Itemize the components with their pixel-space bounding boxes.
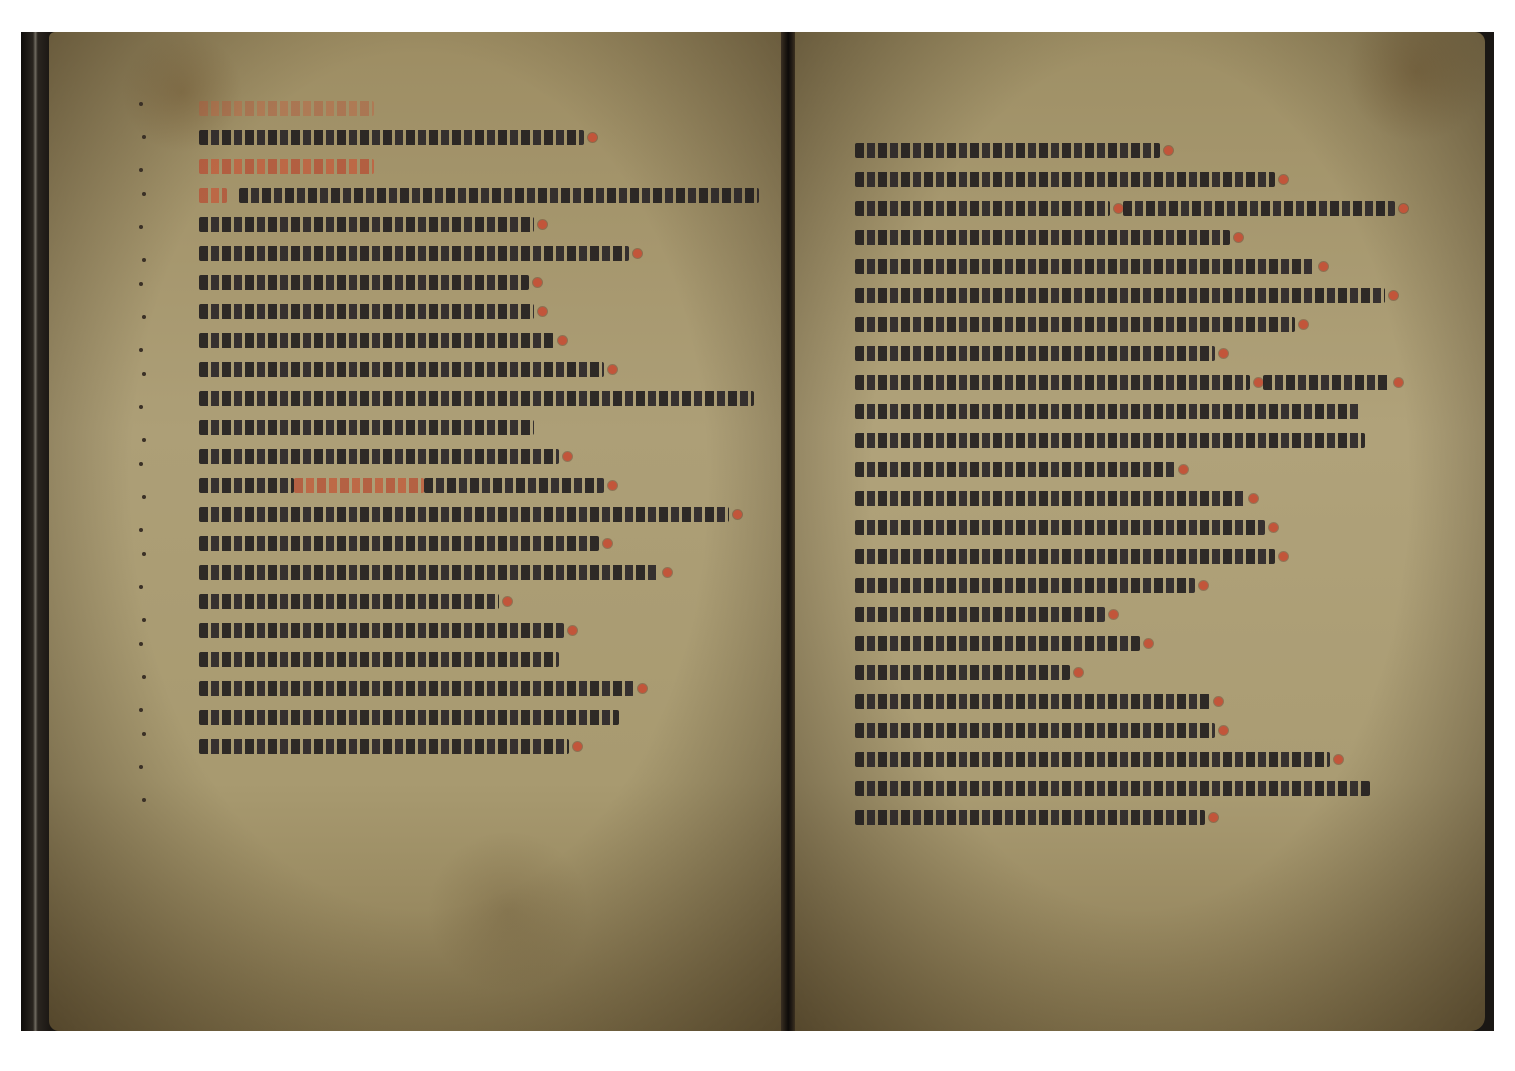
- red-punctuation-mark: [1279, 552, 1288, 561]
- manuscript-photo: [21, 32, 1494, 1031]
- red-punctuation-mark: [608, 481, 617, 490]
- red-punctuation-mark: [1199, 581, 1208, 590]
- manuscript-text: [855, 810, 1205, 825]
- prick-mark: [139, 102, 143, 106]
- prick-mark: [139, 225, 143, 229]
- text-line: [199, 471, 759, 500]
- text-line: [199, 674, 759, 703]
- text-line: [855, 716, 1408, 745]
- text-line: [199, 529, 759, 558]
- prick-mark: [142, 675, 146, 679]
- prick-mark: [139, 405, 143, 409]
- red-punctuation-mark: [558, 336, 567, 345]
- manuscript-text: [855, 491, 1245, 506]
- text-line: [199, 616, 759, 645]
- red-punctuation-mark: [1214, 697, 1223, 706]
- manuscript-text: [855, 404, 1360, 419]
- text-line: [855, 194, 1408, 223]
- red-punctuation-mark: [503, 597, 512, 606]
- prick-mark: [139, 348, 143, 352]
- text-line: [855, 484, 1408, 513]
- prick-mark: [139, 462, 143, 466]
- red-punctuation-mark: [1144, 639, 1153, 648]
- red-punctuation-mark: [1319, 262, 1328, 271]
- manuscript-text: [199, 362, 604, 377]
- manuscript-text: [199, 333, 554, 348]
- text-line: [199, 297, 759, 326]
- red-punctuation-mark: [1109, 610, 1118, 619]
- manuscript-text: [199, 304, 534, 319]
- text-line: [199, 152, 759, 181]
- red-punctuation-mark: [588, 133, 597, 142]
- manuscript-text: [199, 449, 559, 464]
- text-line: [855, 252, 1408, 281]
- text-line: [199, 181, 759, 210]
- rubric-text: [199, 101, 374, 116]
- text-line: [855, 368, 1408, 397]
- text-line: [199, 384, 759, 413]
- prick-mark: [142, 618, 146, 622]
- manuscript-text: [199, 478, 294, 493]
- text-line: [855, 658, 1408, 687]
- text-line: [855, 310, 1408, 339]
- red-punctuation-mark: [1219, 349, 1228, 358]
- prick-mark: [142, 315, 146, 319]
- manuscript-text: [855, 723, 1215, 738]
- red-punctuation-mark: [1269, 523, 1278, 532]
- red-punctuation-mark: [1114, 204, 1123, 213]
- manuscript-text: [199, 652, 559, 667]
- manuscript-text: [1263, 375, 1390, 390]
- prick-mark: [139, 642, 143, 646]
- manuscript-text: [1123, 201, 1395, 216]
- red-punctuation-mark: [538, 307, 547, 316]
- red-punctuation-mark: [633, 249, 642, 258]
- red-punctuation-mark: [1249, 494, 1258, 503]
- manuscript-text: [199, 130, 584, 145]
- text-line: [199, 645, 759, 674]
- red-punctuation-mark: [1254, 378, 1263, 387]
- manuscript-text: [199, 536, 599, 551]
- manuscript-text: [855, 259, 1315, 274]
- text-line: [855, 774, 1408, 803]
- manuscript-text: [855, 636, 1140, 651]
- text-line: [855, 281, 1408, 310]
- prick-mark: [142, 495, 146, 499]
- manuscript-text: [855, 375, 1250, 390]
- manuscript-text: [239, 188, 759, 203]
- manuscript-text: [855, 694, 1210, 709]
- manuscript-text: [855, 549, 1275, 564]
- manuscript-text: [199, 420, 534, 435]
- red-punctuation-mark: [1209, 813, 1218, 822]
- left-page: [49, 32, 789, 1031]
- manuscript-text: [855, 462, 1175, 477]
- text-line: [855, 745, 1408, 774]
- prick-mark: [139, 168, 143, 172]
- text-line: [855, 600, 1408, 629]
- text-line: [855, 455, 1408, 484]
- text-line: [199, 442, 759, 471]
- text-line: [199, 587, 759, 616]
- text-line: [199, 94, 759, 123]
- manuscript-text: [855, 665, 1070, 680]
- text-line: [855, 339, 1408, 368]
- red-punctuation-mark: [538, 220, 547, 229]
- manuscript-text: [855, 230, 1230, 245]
- manuscript-text: [199, 391, 754, 406]
- manuscript-text: [199, 739, 569, 754]
- text-line: [855, 165, 1408, 194]
- red-punctuation-mark: [663, 568, 672, 577]
- manuscript-text: [855, 288, 1385, 303]
- manuscript-text: [855, 752, 1330, 767]
- text-line: [855, 803, 1408, 832]
- rubric-text: [199, 188, 227, 203]
- prick-mark: [142, 552, 146, 556]
- text-line: [855, 223, 1408, 252]
- text-line: [199, 355, 759, 384]
- red-punctuation-mark: [1334, 755, 1343, 764]
- prick-mark: [142, 192, 146, 196]
- text-line: [855, 426, 1408, 455]
- left-page-text-block: [199, 94, 759, 761]
- prick-mark: [139, 708, 143, 712]
- text-line: [855, 571, 1408, 600]
- text-line: [199, 558, 759, 587]
- text-line: [199, 268, 759, 297]
- prick-mark: [139, 282, 143, 286]
- text-line: [855, 629, 1408, 658]
- text-line: [855, 687, 1408, 716]
- manuscript-text: [855, 143, 1160, 158]
- right-page: [795, 32, 1485, 1031]
- margin-prick-marks: [139, 102, 159, 862]
- text-line: [199, 413, 759, 442]
- text-line: [199, 732, 759, 761]
- red-punctuation-mark: [1219, 726, 1228, 735]
- manuscript-text: [199, 681, 634, 696]
- prick-mark: [139, 585, 143, 589]
- text-line: [199, 500, 759, 529]
- text-line: [855, 397, 1408, 426]
- rubric-text: [294, 478, 424, 493]
- prick-mark: [142, 135, 146, 139]
- rubric-text: [199, 159, 374, 174]
- red-punctuation-mark: [533, 278, 542, 287]
- text-line: [199, 239, 759, 268]
- prick-mark: [139, 528, 143, 532]
- red-punctuation-mark: [573, 742, 582, 751]
- text-line: [199, 210, 759, 239]
- prick-mark: [142, 798, 146, 802]
- manuscript-text: [199, 507, 729, 522]
- red-punctuation-mark: [568, 626, 577, 635]
- text-line: [199, 326, 759, 355]
- red-punctuation-mark: [1299, 320, 1308, 329]
- red-punctuation-mark: [1074, 668, 1083, 677]
- manuscript-text: [855, 172, 1275, 187]
- red-punctuation-mark: [1394, 378, 1403, 387]
- red-punctuation-mark: [563, 452, 572, 461]
- manuscript-text: [424, 478, 604, 493]
- red-punctuation-mark: [603, 539, 612, 548]
- manuscript-text: [199, 275, 529, 290]
- red-punctuation-mark: [1279, 175, 1288, 184]
- manuscript-text: [855, 201, 1110, 216]
- manuscript-text: [855, 317, 1295, 332]
- prick-mark: [142, 438, 146, 442]
- red-punctuation-mark: [1179, 465, 1188, 474]
- manuscript-text: [855, 520, 1265, 535]
- red-punctuation-mark: [1399, 204, 1408, 213]
- red-punctuation-mark: [733, 510, 742, 519]
- manuscript-text: [855, 346, 1215, 361]
- book-cover-edge: [21, 32, 51, 1031]
- manuscript-text: [199, 217, 534, 232]
- text-line: [855, 542, 1408, 571]
- prick-mark: [139, 765, 143, 769]
- right-page-text-block: [855, 136, 1408, 832]
- manuscript-text: [855, 781, 1370, 796]
- manuscript-text: [199, 623, 564, 638]
- prick-mark: [142, 372, 146, 376]
- red-punctuation-mark: [638, 684, 647, 693]
- text-line: [855, 136, 1408, 165]
- manuscript-text: [855, 607, 1105, 622]
- manuscript-text: [199, 710, 619, 725]
- text-line: [855, 513, 1408, 542]
- red-punctuation-mark: [1164, 146, 1173, 155]
- prick-mark: [142, 732, 146, 736]
- red-punctuation-mark: [1389, 291, 1398, 300]
- manuscript-text: [199, 246, 629, 261]
- manuscript-text: [199, 594, 499, 609]
- manuscript-text: [855, 433, 1365, 448]
- manuscript-text: [855, 578, 1195, 593]
- text-line: [199, 703, 759, 732]
- manuscript-text: [199, 565, 659, 580]
- prick-mark: [142, 258, 146, 262]
- text-line: [199, 123, 759, 152]
- red-punctuation-mark: [1234, 233, 1243, 242]
- red-punctuation-mark: [608, 365, 617, 374]
